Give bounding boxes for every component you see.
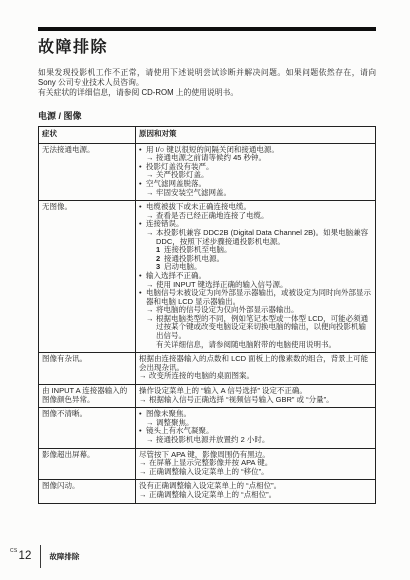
remedy-arrow-line: →接通投影机电源并放置约 2 小时。 xyxy=(146,436,372,445)
table-row: 图像不清晰。•图像未聚焦。→调整聚焦。•镜头上有水气凝聚。→接通投影机电源并放置… xyxy=(39,408,376,448)
page-footer: CS 12 故障排除 xyxy=(10,543,79,569)
remedy-arrow-line: →本投影机兼容 DDC2B (Digital Data Channel 2B)。… xyxy=(146,229,372,246)
remedy-arrow-line: →正确调整输入设定菜单上的 “点相位”。 xyxy=(139,491,372,500)
arrow-icon: → xyxy=(146,229,156,246)
arrow-icon: → xyxy=(139,396,149,405)
column-header-cause: 原因和对策 xyxy=(136,127,376,144)
bullet-icon: • xyxy=(139,220,146,229)
page-number: 12 xyxy=(19,550,32,562)
remedy-text: 查看是否已经正确地连接了电缆。 xyxy=(156,212,372,221)
remedy-arrow-line: →正确调整输入设定菜单上的 “移位”。 xyxy=(139,468,372,477)
symptom-cell: 图像有杂讯。 xyxy=(39,353,136,385)
table-row: 无图像。•电缆被拔下或未正确连接电缆。→查看是否已经正确地连接了电缆。•连接错误… xyxy=(39,201,376,353)
table-row: 由 INPUT A 连接器输入的图像颜色异常。操作设定菜单上的 “输入 A 信号… xyxy=(39,385,376,408)
remedy-text: 牢固安装空气滤网盖。 xyxy=(156,189,372,198)
bullet-icon: • xyxy=(139,163,146,172)
remedy-arrow-line: →牢固安装空气滤网盖。 xyxy=(146,189,372,198)
remedy-cell: 尽管按下 APA 键，影像周围仍有黑边。→在屏幕上显示完整影像并按 APA 键。… xyxy=(136,448,376,480)
arrow-icon: → xyxy=(146,315,156,341)
remedy-cell: 操作设定菜单上的 “输入 A 信号选择” 设定不正确。→根据输入信号正确选择 “… xyxy=(136,385,376,408)
remedy-text: 电脑信号未被设定为向外部显示器输出，或被设定为同时向外部显示器和电脑 LCD 显… xyxy=(146,289,372,306)
remedy-text: 正确调整输入设定菜单上的 “移位”。 xyxy=(149,468,372,477)
title-rule xyxy=(38,27,376,31)
table-row: 影像超出屏幕。尽管按下 APA 键，影像周围仍有黑边。→在屏幕上显示完整影像并按… xyxy=(39,448,376,480)
table-row: 无法接通电源。•用 I/○ 键以很短的间隔关闭和接通电源。→接通电源之前请等候约… xyxy=(39,143,376,201)
remedy-cell: •图像未聚焦。→调整聚焦。•镜头上有水气凝聚。→接通投影机电源并放置约 2 小时… xyxy=(136,408,376,448)
manual-page: 故障排除 如果发现投影机工作不正常，请使用下述说明尝试诊断并解决问题。如果问题依… xyxy=(0,0,410,580)
remedy-text: 接通投影机电源并放置约 2 小时。 xyxy=(156,436,372,445)
symptom-cell: 无图像。 xyxy=(39,201,136,353)
bullet-icon: • xyxy=(139,272,146,281)
remedy-text: 有关详细信息，请参阅随电脑附带的电脑使用说明书。 xyxy=(156,341,372,350)
remedy-text: 根据电脑类型的不同，例如笔记本型或一体型 LCD，可能必须通过按某个键或改变电脑… xyxy=(156,315,372,341)
bullet-icon: • xyxy=(139,410,146,419)
table-row: 图像闪动。没有正确调整输入设定菜单上的 “点相位”。→正确调整输入设定菜单上的 … xyxy=(39,480,376,503)
footer-divider xyxy=(40,545,41,568)
symptom-cell: 图像不清晰。 xyxy=(39,408,136,448)
remedy-cell: •用 I/○ 键以很短的间隔关闭和接通电源。→接通电源之前请等候约 45 秒钟。… xyxy=(136,143,376,201)
remedy-line: 有关详细信息，请参阅随电脑附带的电脑使用说明书。 xyxy=(156,341,372,350)
symptom-cell: 无法接通电源。 xyxy=(39,143,136,201)
intro-paragraph-2: 有关症状的详细信息，请参阅 CD-ROM 上的使用说明书。 xyxy=(38,88,376,98)
remedy-text: 本投影机兼容 DDC2B (Digital Data Channel 2B)。如… xyxy=(156,229,372,246)
remedy-line: 根据由连接器输入的点数和 LCD 面板上的像素数的组合，背景上可能会出现杂讯。 xyxy=(139,355,372,372)
arrow-icon: → xyxy=(146,189,156,198)
remedy-cell: 根据由连接器输入的点数和 LCD 面板上的像素数的组合，背景上可能会出现杂讯。→… xyxy=(136,353,376,385)
remedy-text: 根据由连接器输入的点数和 LCD 面板上的像素数的组合，背景上可能会出现杂讯。 xyxy=(139,355,372,372)
symptom-cell: 图像闪动。 xyxy=(39,480,136,503)
bullet-icon: • xyxy=(139,146,146,155)
arrow-icon: → xyxy=(139,468,149,477)
footer-chapter-label: 故障排除 xyxy=(49,551,79,562)
table-row: 图像有杂讯。根据由连接器输入的点数和 LCD 面板上的像素数的组合，背景上可能会… xyxy=(39,353,376,385)
remedy-arrow-line: →根据输入信号正确选择 “视频信号输入 GBR” 或 “分量”。 xyxy=(139,396,372,405)
column-header-symptom: 症状 xyxy=(39,127,136,144)
bullet-icon: • xyxy=(139,180,146,189)
remedy-arrow-line: →改变所连接的电脑的桌面图案。 xyxy=(139,372,372,381)
symptom-cell: 影像超出屏幕。 xyxy=(39,448,136,480)
arrow-icon: → xyxy=(139,372,149,381)
page-language-code: CS xyxy=(10,548,18,554)
bullet-icon: • xyxy=(139,203,146,212)
page-title: 故障排除 xyxy=(38,34,376,57)
section-heading: 电源 / 图像 xyxy=(38,109,376,122)
troubleshooting-table: 症状 原因和对策 无法接通电源。•用 I/○ 键以很短的间隔关闭和接通电源。→接… xyxy=(38,126,376,504)
remedy-text: 根据输入信号正确选择 “视频信号输入 GBR” 或 “分量”。 xyxy=(149,396,372,405)
arrow-icon: → xyxy=(146,436,156,445)
bullet-icon: • xyxy=(139,427,146,436)
remedy-arrow-line: →根据电脑类型的不同，例如笔记本型或一体型 LCD，可能必须通过按某个键或改变电… xyxy=(146,315,372,341)
bullet-icon: • xyxy=(139,289,146,306)
arrow-icon: → xyxy=(139,491,149,500)
symptom-cell: 由 INPUT A 连接器输入的图像颜色异常。 xyxy=(39,385,136,408)
remedy-text: 改变所连接的电脑的桌面图案。 xyxy=(149,372,372,381)
remedy-text: 正确调整输入设定菜单上的 “点相位”。 xyxy=(149,491,372,500)
remedy-bullet-line: •电脑信号未被设定为向外部显示器输出，或被设定为同时向外部显示器和电脑 LCD … xyxy=(139,289,372,306)
remedy-cell: •电缆被拔下或未正确连接电缆。→查看是否已经正确地连接了电缆。•连接错误。→本投… xyxy=(136,201,376,353)
remedy-cell: 没有正确调整输入设定菜单上的 “点相位”。→正确调整输入设定菜单上的 “点相位”… xyxy=(136,480,376,503)
intro-paragraph-1: 如果发现投影机工作不正常，请使用下述说明尝试诊断并解决问题。如果问题依然存在，请… xyxy=(38,68,376,88)
table-header-row: 症状 原因和对策 xyxy=(39,127,376,144)
